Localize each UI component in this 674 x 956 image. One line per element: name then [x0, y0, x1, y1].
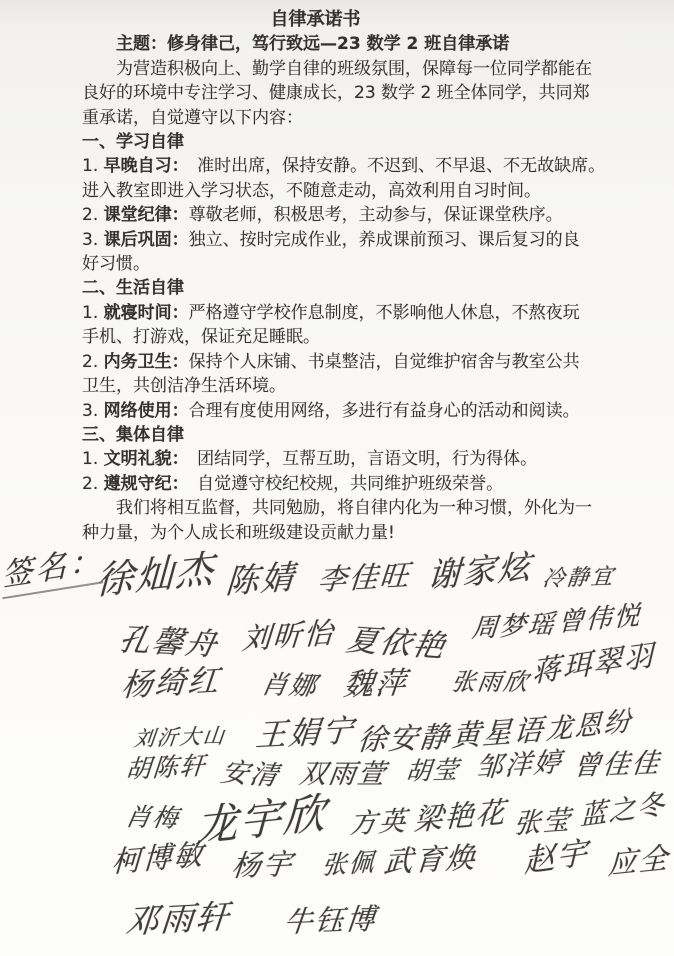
signature: 邹洋婷	[475, 740, 565, 785]
doc-line: 1. 早晚自习： 准时出席，保持安静。不迟到、不早退、不无故缺席。	[82, 154, 657, 178]
item-text: 合理有度使用网络，多进行有益身心的活动和阅读。	[189, 401, 580, 421]
item-text: 严格遵守学校作息制度，不影响他人休息，不熬夜玩	[189, 303, 580, 323]
signature: 邓雨轩	[124, 890, 233, 943]
item-number: 1.	[82, 156, 104, 176]
signature: 刘昕怡	[241, 610, 337, 658]
signature: 曾伟悦	[557, 595, 643, 640]
signature: 刘沂大山	[132, 720, 227, 753]
doc-line: 2. 课堂纪律：尊敬老师，积极思考，主动参与，保证课堂秩序。	[82, 203, 657, 227]
doc-line: 进入教室即进入学习状态，不随意走动，高效利用自习时间。	[82, 179, 657, 203]
signature: 王娟宁	[254, 705, 357, 755]
doc-line: 主题：修身律己，笃行致远—23 数学 2 班自律承诺	[82, 32, 657, 56]
section-heading: 一、学习自律	[82, 130, 657, 154]
document-body: 自律承诺书主题：修身律己，笃行致远—23 数学 2 班自律承诺为营造积极向上、勤…	[82, 8, 657, 545]
item-term: 课堂纪律：	[104, 205, 189, 225]
item-term: 遵规守纪：	[104, 474, 181, 494]
signature: 张莹	[513, 798, 574, 841]
doc-line: 卫生，共创洁净生活环境。	[82, 374, 657, 398]
signature: 应全	[607, 835, 670, 883]
signature: 周梦瑶	[470, 603, 557, 645]
item-number: 1.	[82, 303, 104, 323]
doc-line: 3. 课后巩固：独立、按时完成作业，养成课前预习、课后复习的良	[82, 228, 657, 252]
signature: 肖梅	[123, 797, 183, 835]
signature: 李佳旺	[316, 553, 412, 599]
item-text: 自觉遵守校纪校规，共同维护班级荣誉。	[180, 474, 503, 494]
signature: 龙恩纷	[545, 699, 633, 747]
item-number: 2.	[82, 474, 104, 494]
item-number: 2.	[82, 352, 104, 372]
signature: 赵宇	[524, 827, 589, 882]
doc-line: 种力量，为个人成长和班级建设贡献力量!	[82, 521, 657, 545]
item-text: 保持个人床铺、书桌整洁，自觉维护宿舍与教室公共	[189, 352, 580, 372]
signature: 杨绮红	[120, 655, 223, 705]
doc-line: 良好的环境中专注学习、健康成长，23 数学 2 班全体同学，共同郑	[82, 81, 657, 105]
signature: 方英	[348, 799, 409, 841]
section-heading: 二、生活自律	[82, 276, 657, 300]
signature: 夏依艳	[343, 614, 451, 665]
signature: 杨宇	[230, 842, 296, 885]
signature: 谢家炫	[427, 541, 534, 598]
signature: 孔馨舟	[116, 614, 224, 664]
item-term: 内务卫生：	[104, 352, 189, 372]
doc-line: 好习惯。	[82, 252, 657, 276]
doc-line: 1. 就寝时间：严格遵守学校作息制度，不影响他人休息，不熬夜玩	[82, 301, 657, 325]
signature: 张佩	[321, 842, 377, 882]
doc-line: 1. 文明礼貌： 团结同学，互帮互助，言语文明，行为得体。	[82, 447, 657, 471]
item-term: 课后巩固：	[104, 230, 189, 250]
doc-line: 为营造积极向上、勤学自律的班级氛围，保障每一位同学都能在	[82, 57, 657, 81]
item-text: 独立、按时完成作业，养成课前预习、课后复习的良	[189, 230, 580, 250]
item-number: 3.	[82, 401, 104, 421]
scanned-commitment-letter: 自律承诺书主题：修身律己，笃行致远—23 数学 2 班自律承诺为营造积极向上、勤…	[0, 0, 674, 956]
signature: 蓝之冬	[580, 782, 666, 833]
item-term: 就寝时间：	[104, 303, 189, 323]
signature: 胡莹	[404, 750, 462, 788]
signature: 肖娜	[259, 664, 321, 703]
signature: 魏萍	[342, 658, 411, 704]
signature: 冷静宜	[541, 559, 616, 593]
signature: 双雨萱	[297, 752, 389, 791]
signature: 陈婧	[224, 551, 297, 603]
doc-line: 3. 网络使用：合理有度使用网络，多进行有益身心的活动和阅读。	[82, 399, 657, 423]
doc-line: 我们将相互监督，共同勉励，将自律内化为一种习惯，外化为一	[82, 496, 657, 520]
doc-line: 2. 内务卫生：保持个人床铺、书桌整洁，自觉维护宿舍与教室公共	[82, 350, 657, 374]
section-heading: 三、集体自律	[82, 423, 657, 447]
doc-line: 2. 遵规守纪： 自觉遵守校纪校规，共同维护班级荣誉。	[82, 472, 657, 496]
doc-line: 手机、打游戏，保证充足睡眠。	[82, 325, 657, 349]
signature: 胡陈轩	[124, 746, 208, 786]
item-number: 2.	[82, 205, 104, 225]
item-text: 尊敬老师，积极思考，主动参与，保证课堂秩序。	[189, 205, 563, 225]
item-term: 文明礼貌：	[104, 449, 181, 469]
signature: 武育焕	[382, 835, 478, 881]
item-term: 网络使用：	[104, 401, 189, 421]
item-text: 准时出席，保持安静。不迟到、不早退、不无故缺席。	[180, 156, 605, 176]
doc-line: 重承诺，自觉遵守以下内容：	[82, 106, 657, 130]
signature: 牛钰博	[282, 897, 379, 941]
item-term: 早晚自习：	[104, 156, 181, 176]
item-number: 1.	[82, 449, 104, 469]
item-number: 3.	[82, 230, 104, 250]
signature: 张雨欣	[450, 662, 533, 697]
signature: 梁艳花	[413, 790, 508, 839]
signature: 黄星语	[451, 707, 547, 755]
item-text: 团结同学，互帮互助，言语文明，行为得体。	[180, 449, 537, 469]
signature: 徐灿杰	[95, 537, 216, 605]
signature: 柯博敏	[111, 832, 206, 881]
signature: 徐安静	[356, 715, 453, 759]
document-title: 自律承诺书	[28, 8, 603, 32]
signature: 龙宇欣	[195, 780, 328, 854]
signature: 蒋珥翠羽	[532, 633, 655, 692]
signature: 安清	[218, 750, 284, 793]
signature: 曾佳佳	[572, 741, 663, 783]
